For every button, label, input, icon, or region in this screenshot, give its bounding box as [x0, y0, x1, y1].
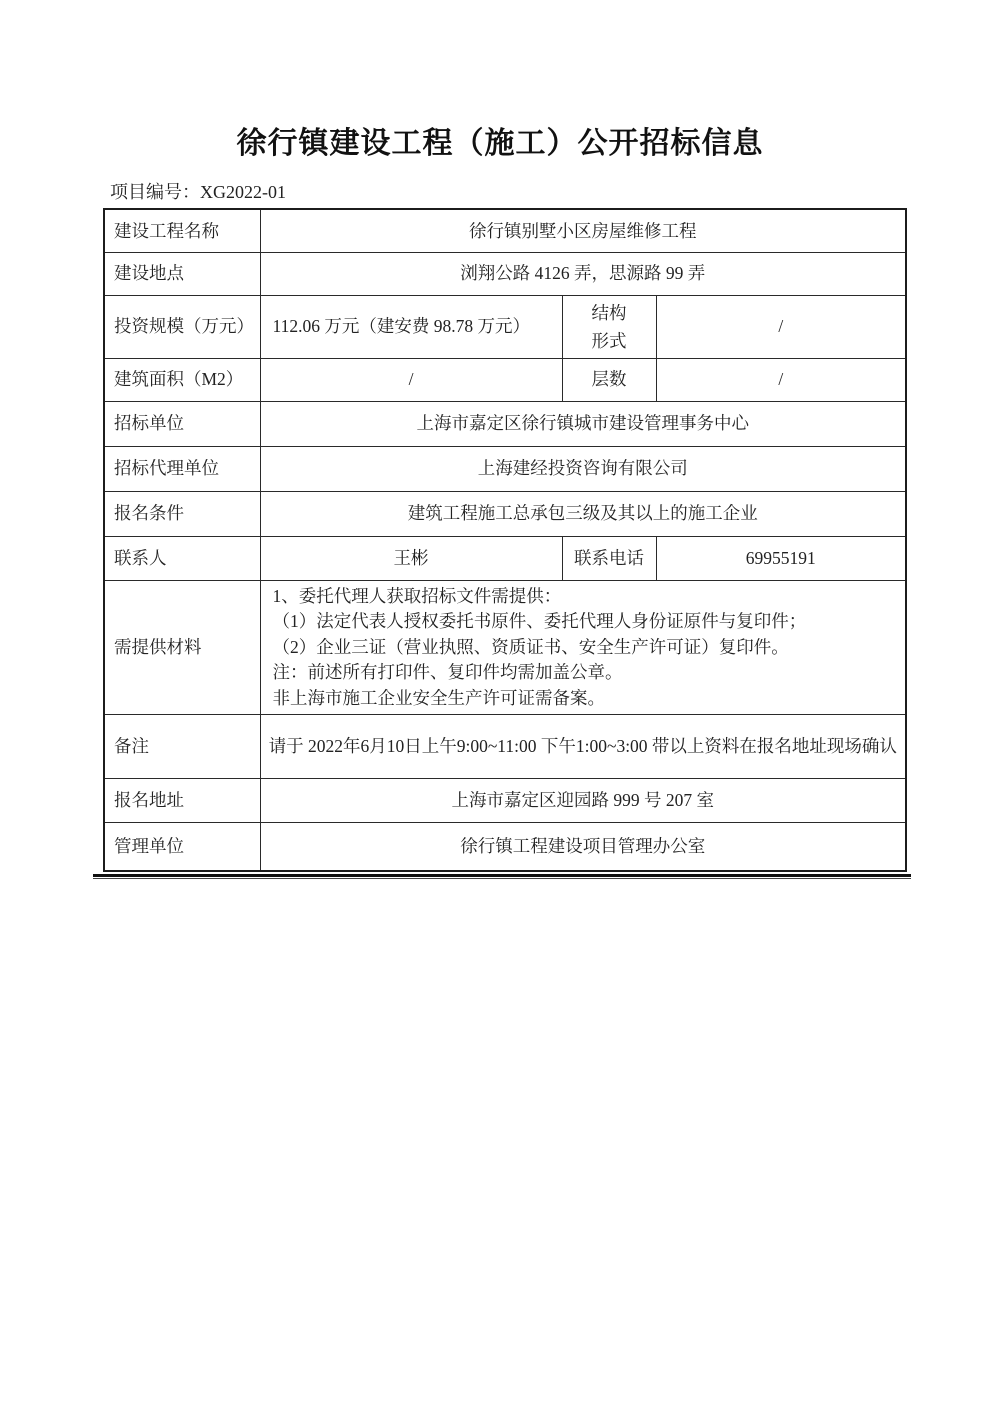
row-value: 徐行镇工程建设项目管理办公室 [260, 823, 906, 871]
table-row-tendering-unit: 招标单位 上海市嘉定区徐行镇城市建设管理事务中心 [104, 401, 906, 446]
table-row-registration-conditions: 报名条件 建筑工程施工总承包三级及其以上的施工企业 [104, 491, 906, 536]
material-line: 非上海市施工企业安全生产许可证需备案。 [273, 686, 898, 712]
contact-name: 王彬 [260, 536, 562, 580]
material-line: （1）法定代表人授权委托书原件、委托代理人身份证原件与复印件； [273, 609, 898, 635]
row-value-secondary: / [656, 295, 906, 358]
table-row-investment: 投资规模（万元） 112.06 万元（建安费 98.78 万元） 结构形式 / [104, 295, 906, 358]
row-label: 需提供材料 [104, 580, 260, 715]
row-label-secondary: 结构形式 [562, 295, 656, 358]
table-row-management-unit: 管理单位 徐行镇工程建设项目管理办公室 [104, 823, 906, 871]
row-label: 联系人 [104, 536, 260, 580]
page-title: 徐行镇建设工程（施工）公开招标信息 [0, 118, 1000, 162]
row-label: 备注 [104, 715, 260, 779]
project-number: 项目编号：XG2022-01 [110, 178, 286, 204]
row-value: 建筑工程施工总承包三级及其以上的施工企业 [260, 491, 906, 536]
material-line: （2）企业三证（营业执照、资质证书、安全生产许可证）复印件。 [273, 635, 898, 661]
material-line: 注：前述所有打印件、复印件均需加盖公章。 [273, 660, 898, 686]
row-label: 招标代理单位 [104, 446, 260, 491]
table-row-agency: 招标代理单位 上海建经投资咨询有限公司 [104, 446, 906, 491]
document-page: { "page": { "title": "徐行镇建设工程（施工）公开招标信息"… [0, 0, 1000, 1414]
row-value: 112.06 万元（建安费 98.78 万元） [260, 295, 562, 358]
row-label: 报名地址 [104, 779, 260, 823]
table-row-remarks: 备注 请于 2022年6月10日上午9:00~11:00 下午1:00~3:00… [104, 715, 906, 779]
row-value: / [260, 358, 562, 401]
contact-phone: 69955191 [656, 536, 906, 580]
row-label: 报名条件 [104, 491, 260, 536]
table-row-project-name: 建设工程名称 徐行镇别墅小区房屋维修工程 [104, 209, 906, 252]
row-value: 上海市嘉定区徐行镇城市建设管理事务中心 [260, 401, 906, 446]
row-value: 上海建经投资咨询有限公司 [260, 446, 906, 491]
row-label: 招标单位 [104, 401, 260, 446]
row-label-secondary: 联系电话 [562, 536, 656, 580]
row-label: 建筑面积（M2） [104, 358, 260, 401]
table-row-required-materials: 需提供材料 1、委托代理人获取招标文件需提供： （1）法定代表人授权委托书原件、… [104, 580, 906, 715]
structure-type-label: 结构形式 [589, 299, 629, 355]
row-value: 徐行镇别墅小区房屋维修工程 [260, 209, 906, 252]
row-value: 浏翔公路 4126 弄，思源路 99 弄 [260, 252, 906, 295]
table-row-location: 建设地点 浏翔公路 4126 弄，思源路 99 弄 [104, 252, 906, 295]
divider-thick-line [93, 874, 911, 877]
row-label: 管理单位 [104, 823, 260, 871]
row-label: 建设工程名称 [104, 209, 260, 252]
table-row-contact: 联系人 王彬 联系电话 69955191 [104, 536, 906, 580]
bottom-divider [93, 874, 911, 879]
row-value: 请于 2022年6月10日上午9:00~11:00 下午1:00~3:00 带以… [260, 715, 906, 779]
row-label-secondary: 层数 [562, 358, 656, 401]
table-row-registration-address: 报名地址 上海市嘉定区迎园路 999 号 207 室 [104, 779, 906, 823]
row-label: 建设地点 [104, 252, 260, 295]
row-value: 1、委托代理人获取招标文件需提供： （1）法定代表人授权委托书原件、委托代理人身… [260, 580, 906, 715]
table-row-floor-area: 建筑面积（M2） / 层数 / [104, 358, 906, 401]
divider-thin-line [93, 878, 911, 879]
bidding-info-table: 建设工程名称 徐行镇别墅小区房屋维修工程 建设地点 浏翔公路 4126 弄，思源… [103, 208, 907, 872]
row-value: 上海市嘉定区迎园路 999 号 207 室 [260, 779, 906, 823]
row-value-secondary: / [656, 358, 906, 401]
row-label: 投资规模（万元） [104, 295, 260, 358]
material-line: 1、委托代理人获取招标文件需提供： [273, 584, 898, 610]
